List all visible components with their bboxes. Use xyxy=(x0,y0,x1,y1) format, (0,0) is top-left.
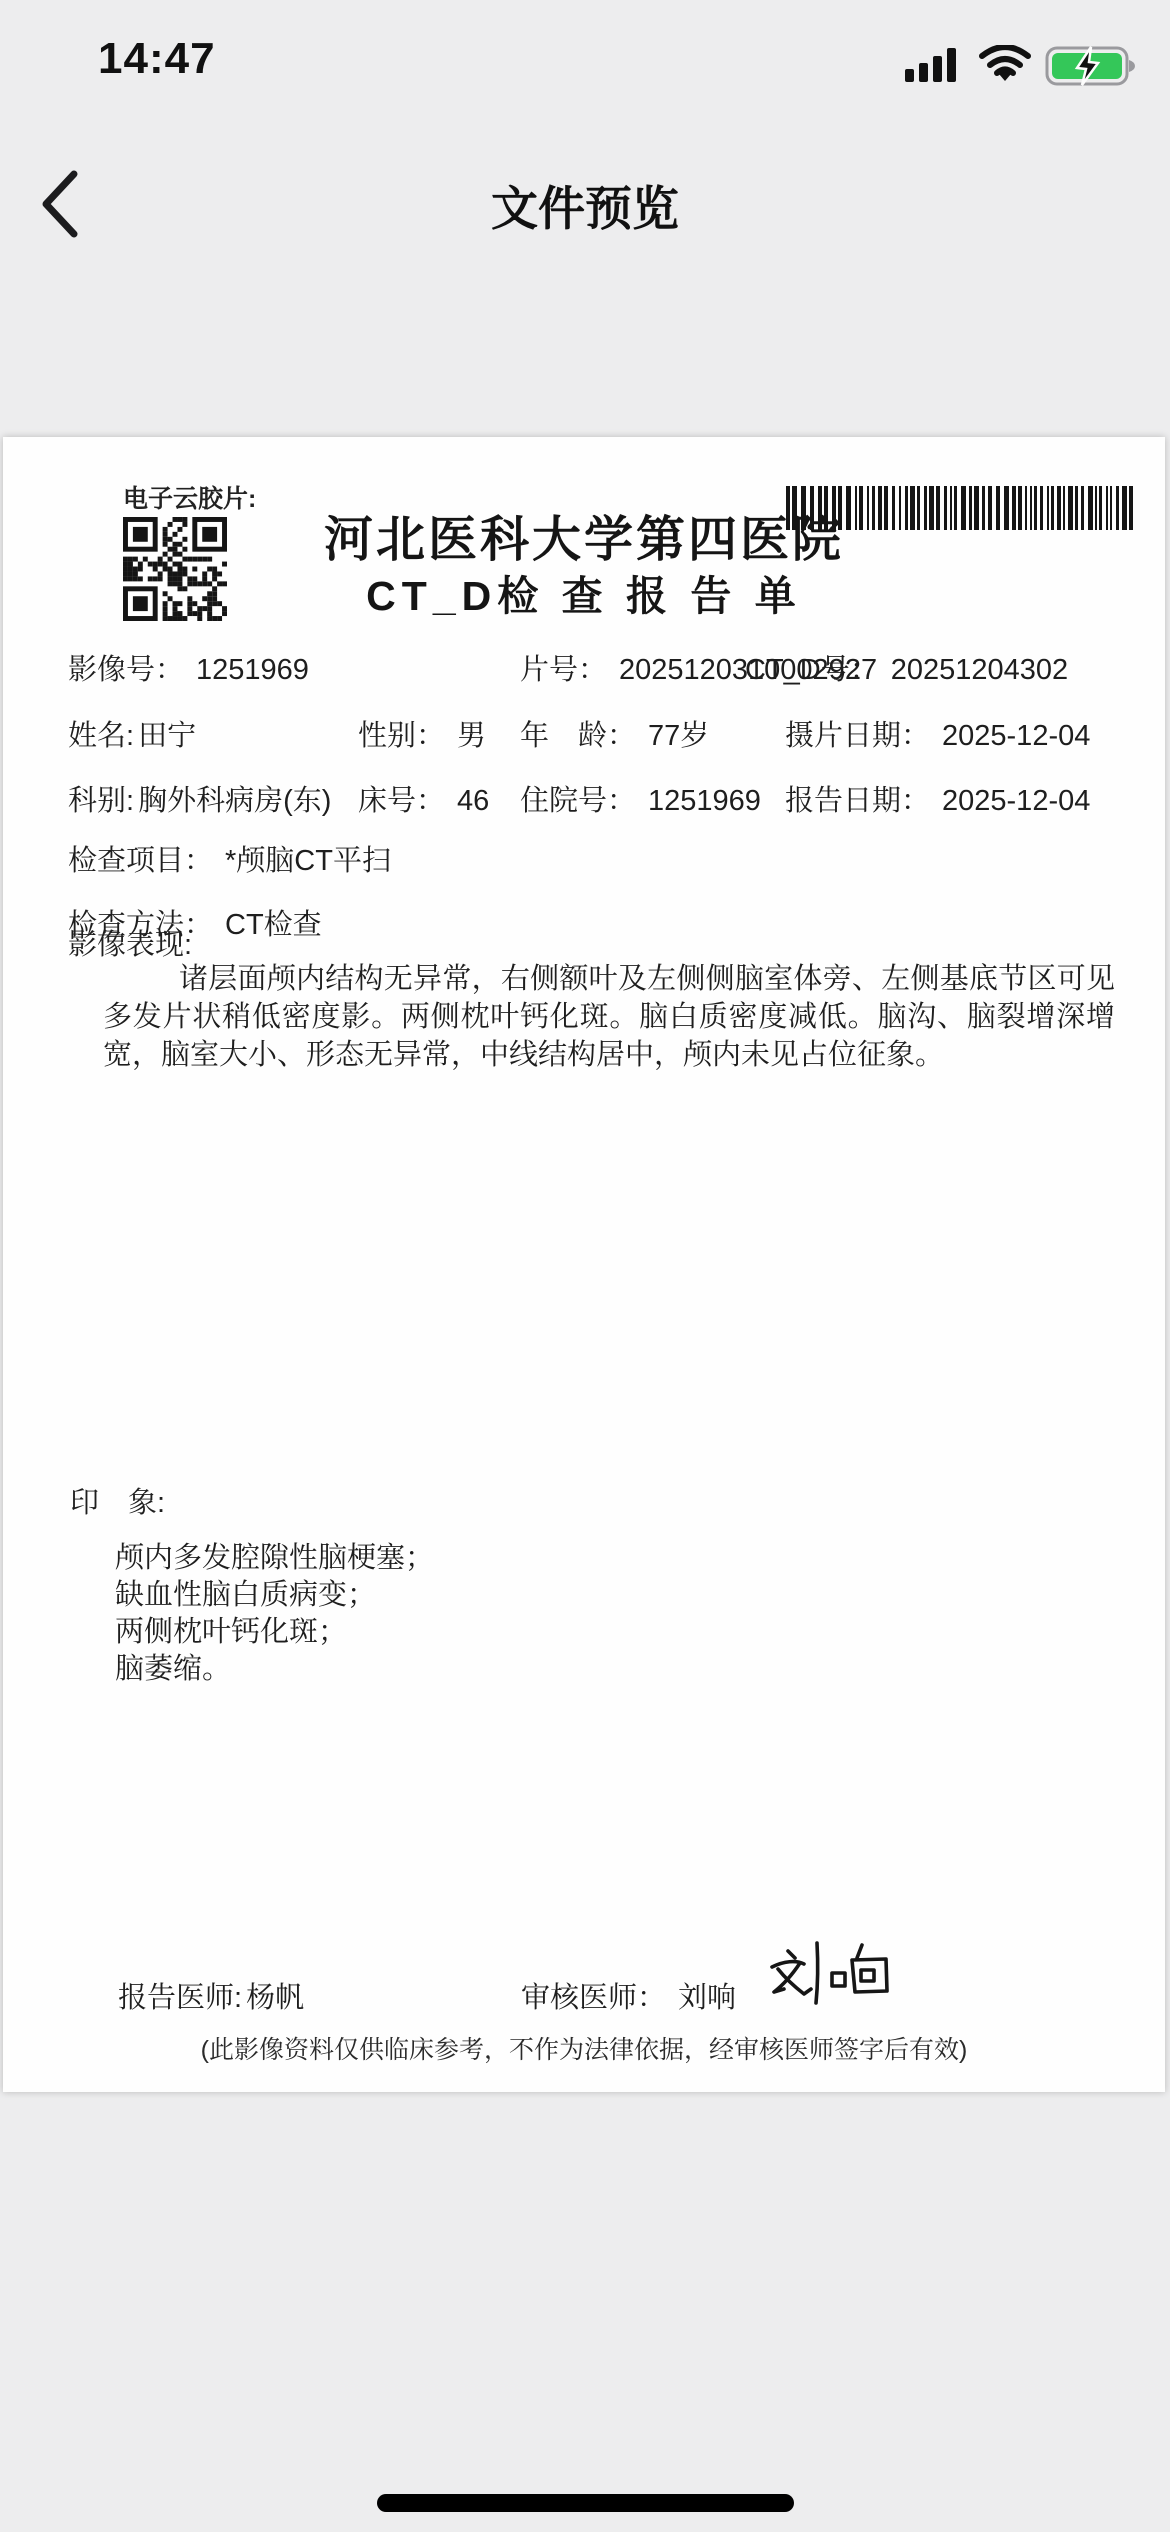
status-bar: 14:47 xyxy=(0,0,1170,110)
field-admission-no: 住院号：1251969 xyxy=(520,778,761,819)
impression-item: 脑萎缩。 xyxy=(115,1651,434,1688)
field-image-no: 影像号：1251969 xyxy=(68,647,309,688)
field-bed-no: 床号：46 xyxy=(358,778,489,819)
impression-item: 两侧枕叶钙化斑； xyxy=(115,1614,434,1651)
cellular-signal-icon xyxy=(905,48,963,82)
page-title: 文件预览 xyxy=(0,172,1170,239)
disclaimer-text: (此影像资料仅供临床参考，不作为法律依据，经审核医师签字后有效) xyxy=(3,2030,1165,2066)
lightning-bolt-icon xyxy=(1077,47,1098,85)
clock-time: 14:47 xyxy=(98,34,216,84)
findings-text: 诸层面颅内结构无异常，右侧额叶及左侧侧脑室体旁、左侧基底节区可见多发片状稍低密度… xyxy=(103,960,1115,1074)
impression-label: 印 象: xyxy=(70,1480,165,1521)
field-gender: 性别：男 xyxy=(358,713,486,754)
field-ctd-no: CT_D号：20251204302 xyxy=(745,647,1068,688)
impression-list: 颅内多发腔隙性脑梗塞； 缺血性脑白质病变； 两侧枕叶钙化斑； 脑萎缩。 xyxy=(115,1540,434,1688)
field-department: 科别:胸外科病房(东) xyxy=(68,778,331,819)
field-scan-date: 摄片日期：2025-12-04 xyxy=(785,713,1090,754)
home-indicator[interactable] xyxy=(377,2494,794,2512)
wifi-icon xyxy=(977,45,1033,87)
impression-item: 颅内多发腔隙性脑梗塞； xyxy=(115,1540,434,1577)
report-title: CT_D检 查 报 告 单 xyxy=(3,563,1165,622)
findings-label: 影像表现: xyxy=(68,922,192,963)
auditor-signature xyxy=(758,1935,918,2027)
field-patient-name: 姓名:田宁 xyxy=(68,713,196,754)
impression-item: 缺血性脑白质病变； xyxy=(115,1577,434,1614)
battery-charging-icon xyxy=(1045,46,1141,86)
field-exam-item: 检查项目：*颅脑CT平扫 xyxy=(68,838,391,879)
field-report-doctor: 报告医师:杨帆 xyxy=(118,1975,304,2016)
field-age: 年 龄：77岁 xyxy=(520,713,709,754)
field-report-date: 报告日期：2025-12-04 xyxy=(785,778,1090,819)
field-audit-doctor: 审核医师：刘响 xyxy=(521,1975,736,2016)
screen: 14:47 文件预览 电子云胶片: xyxy=(0,0,1170,2532)
barcode xyxy=(786,486,1133,530)
nav-bar: 文件预览 xyxy=(0,150,1170,260)
document-preview: 电子云胶片: 河北医科大学第四医院 CT_D检 查 报 告 单 影像号：1251… xyxy=(3,437,1165,2092)
